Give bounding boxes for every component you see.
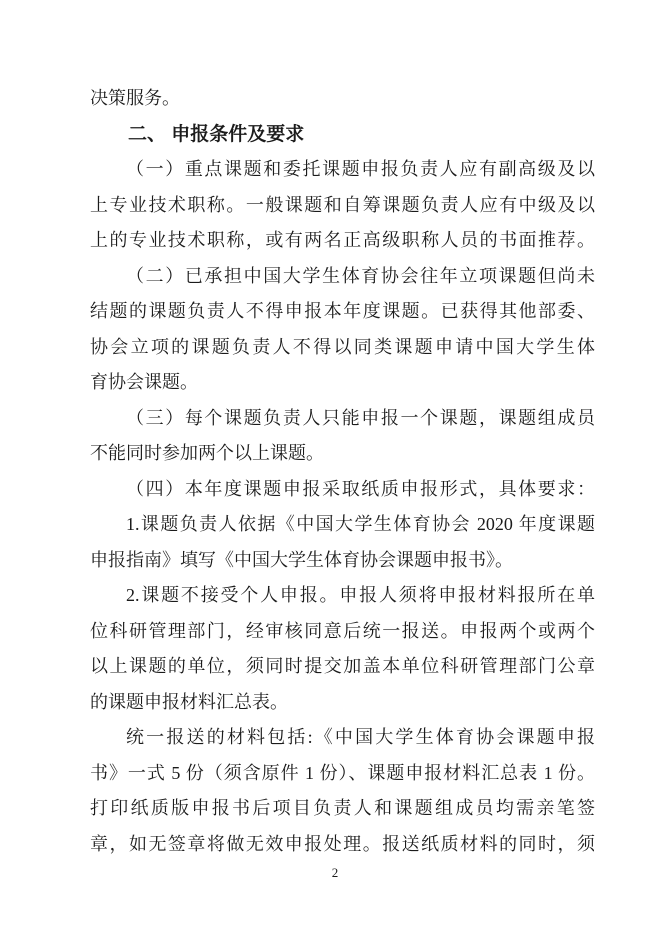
doc-line-item-1-start: （一）重点课题和委托课题申报负责人应有副高级及以 <box>90 152 595 188</box>
doc-line: 结题的课题负责人不得申报本年度课题。已获得其他部委、 <box>90 294 595 330</box>
doc-line-materials-start: 统一报送的材料包括:《中国大学生体育协会课题申报 <box>90 720 595 756</box>
doc-line: 书》一式 5 份（须含原件 1 份）、课题申报材料汇总表 1 份。 <box>90 756 595 792</box>
doc-line: 上专业技术职称。一般课题和自筹课题负责人应有中级及以 <box>90 188 595 224</box>
doc-line-item-2-start: （二）已承担中国大学生体育协会往年立项课题但尚未 <box>90 259 595 295</box>
page-number: 2 <box>332 865 339 880</box>
page-footer: 2 <box>0 864 670 882</box>
doc-line: 的课题申报材料汇总表。 <box>90 685 595 721</box>
doc-line: 章，如无签章将做无效申报处理。报送纸质材料的同时，须 <box>90 827 595 863</box>
doc-line-item-4-start: （四）本年度课题申报采取纸质申报形式，具体要求： <box>90 472 595 508</box>
doc-line: 不能同时参加两个以上课题。 <box>90 436 595 472</box>
doc-line-point-1-start: 1.课题负责人依据《中国大学生体育协会 2020 年度课题 <box>90 507 595 543</box>
doc-line: 协会立项的课题负责人不得以同类课题申请中国大学生体 <box>90 330 595 366</box>
document-body: 决策服务。 二、 申报条件及要求 （一）重点课题和委托课题申报负责人应有副高级及… <box>90 81 595 862</box>
doc-line: 位科研管理部门，经审核同意后统一报送。申报两个或两个 <box>90 614 595 650</box>
doc-line: 育协会课题。 <box>90 365 595 401</box>
doc-line-point-2-start: 2.课题不接受个人申报。申报人须将申报材料报所在单 <box>90 578 595 614</box>
doc-line: 申报指南》填写《中国大学生体育协会课题申报书》。 <box>90 543 595 579</box>
doc-line-item-3-start: （三）每个课题负责人只能申报一个课题，课题组成员 <box>90 401 595 437</box>
doc-line-continuation: 决策服务。 <box>90 81 595 117</box>
doc-line: 以上课题的单位，须同时提交加盖本单位科研管理部门公章 <box>90 649 595 685</box>
doc-line: 打印纸质版申报书后项目负责人和课题组成员均需亲笔签 <box>90 791 595 827</box>
document-page: 决策服务。 二、 申报条件及要求 （一）重点课题和委托课题申报负责人应有副高级及… <box>0 0 670 951</box>
section-heading: 二、 申报条件及要求 <box>90 117 595 153</box>
doc-line: 上的专业技术职称，或有两名正高级职称人员的书面推荐。 <box>90 223 595 259</box>
